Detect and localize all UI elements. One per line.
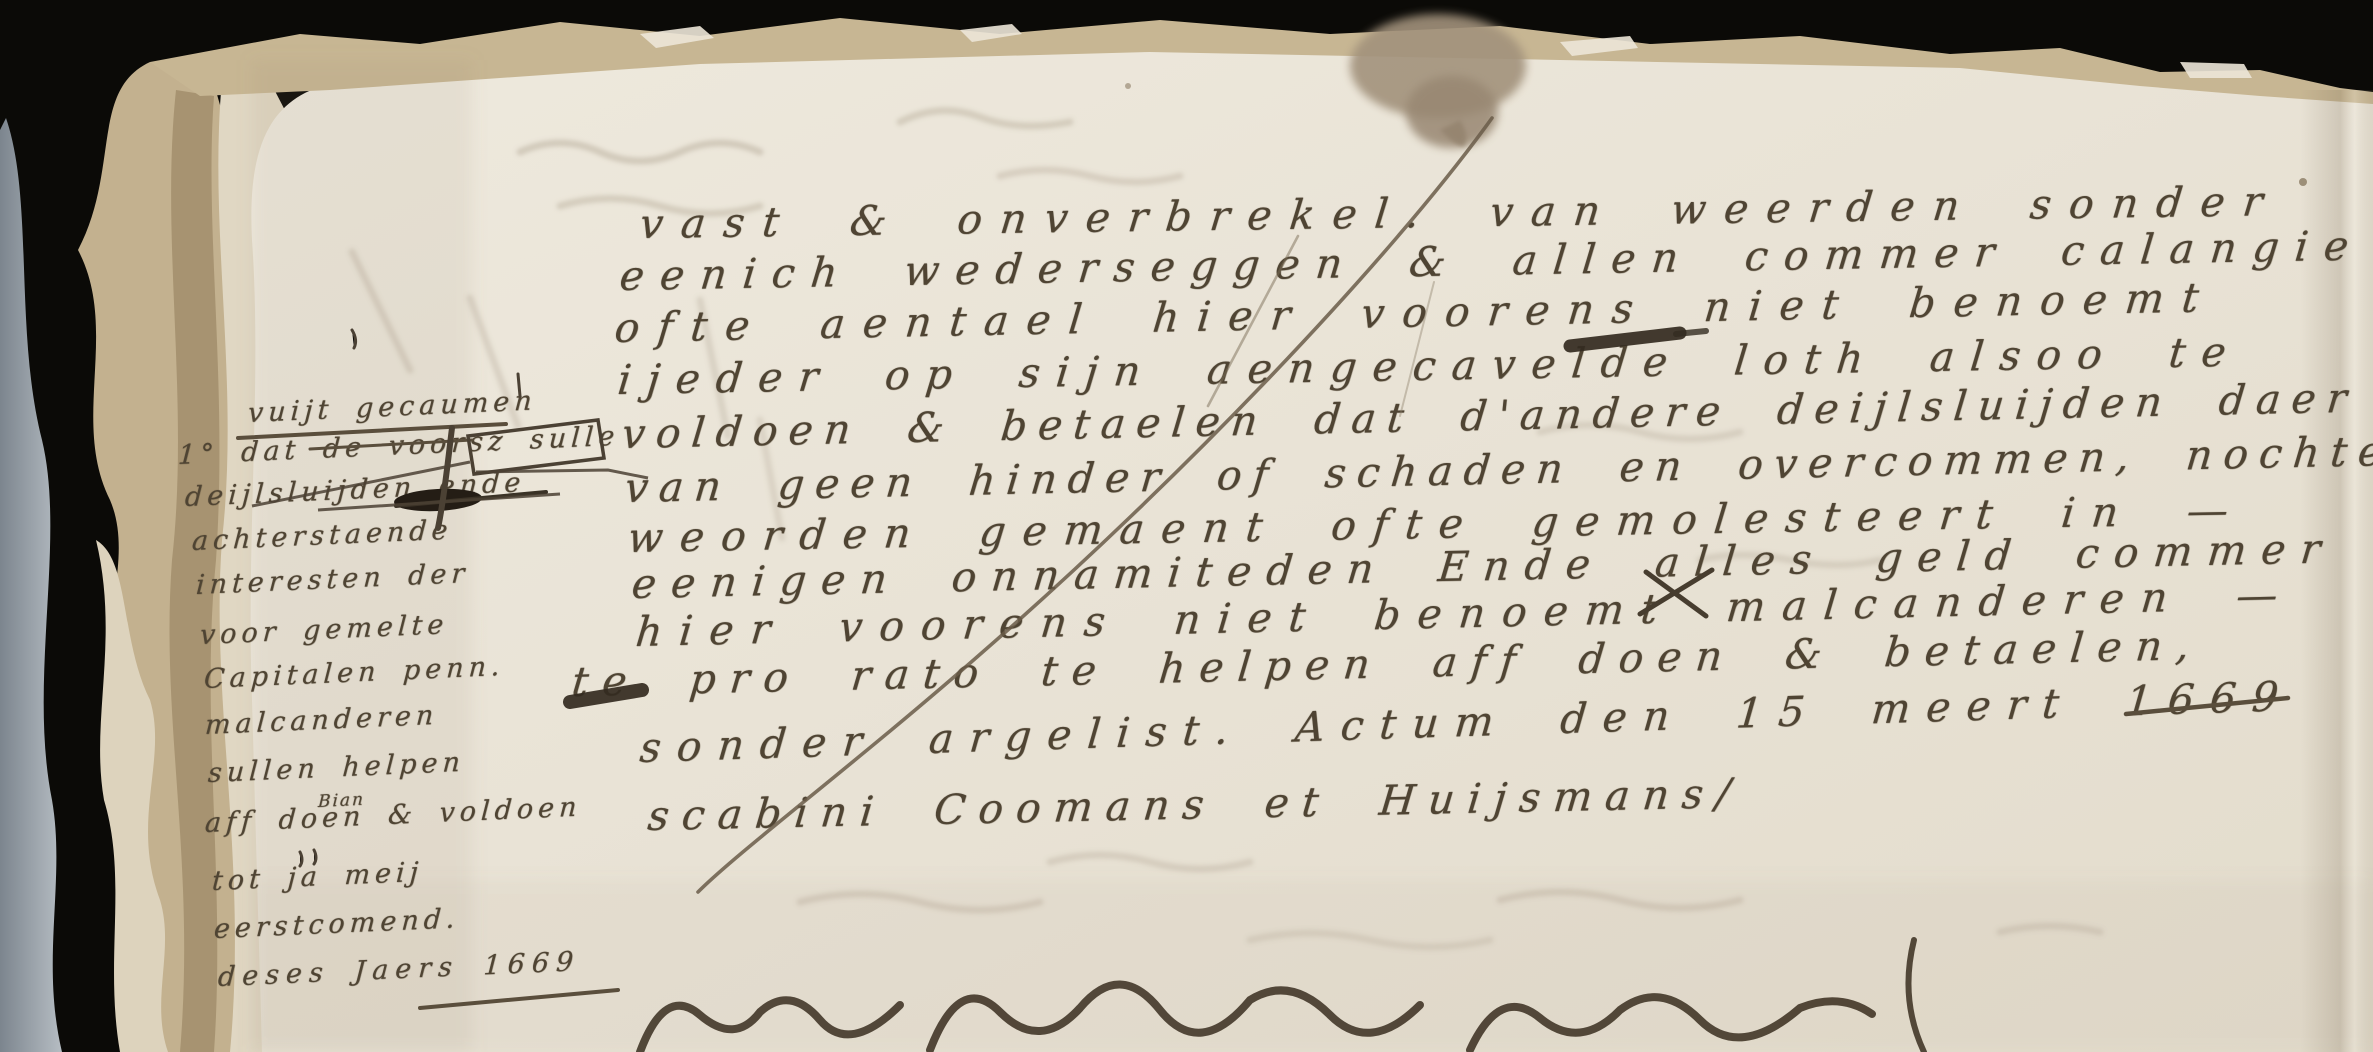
interline-insertion-word: Bian xyxy=(317,789,365,812)
margin-note-line-2: 1° dat de voorsz sulle xyxy=(177,421,620,471)
main-text-line-12: scabini Coomans et Huijsmans/ xyxy=(646,769,1746,840)
margin-note-line-6: voor gemelte xyxy=(199,609,449,651)
margin-note-line-4: achterstaende xyxy=(191,515,453,557)
margin-note-line-1: vuijt gecaumen xyxy=(247,385,538,429)
margin-note-line-12: eerstcomend. xyxy=(213,903,460,945)
handwriting-layer: vast & onverbrekel. van weerden sonder e… xyxy=(0,0,2373,1052)
margin-note-line-9: sullen helpen xyxy=(207,747,466,789)
margin-note-line-10: aff doen & voldoen xyxy=(204,792,582,840)
margin-note-line-8: malcanderen xyxy=(204,700,439,741)
manuscript-photo: vast & onverbrekel. van weerden sonder e… xyxy=(0,0,2373,1052)
margin-note-line-13: deses Jaers 1669 xyxy=(217,946,581,993)
margin-note-line-5: interesten der xyxy=(195,558,470,601)
margin-note-line-3: deijlsluijden ende xyxy=(184,467,526,513)
margin-note-line-7: Capitalen penn. xyxy=(203,651,505,695)
margin-note-line-11: tot ja meij xyxy=(211,857,424,897)
